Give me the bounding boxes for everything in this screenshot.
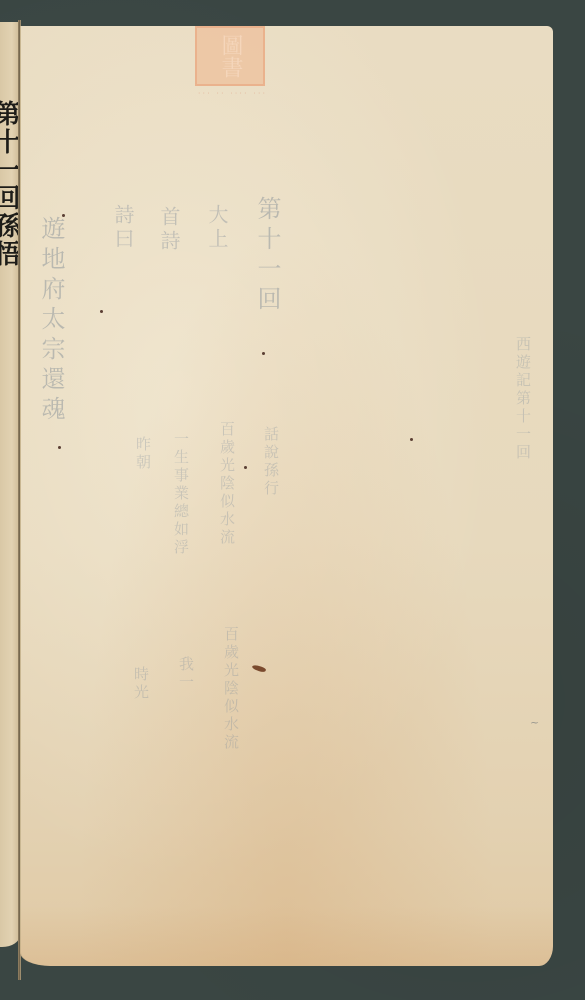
right-margin-bleed: 西遊記第十一回 bbox=[512, 336, 534, 462]
page-mark: ~ bbox=[530, 716, 539, 729]
paper-debris bbox=[252, 664, 267, 673]
ink-speck bbox=[262, 352, 265, 355]
bleed-column: 我一 bbox=[175, 656, 197, 692]
bleed-column: 遊地府太宗還魂 bbox=[40, 216, 62, 426]
ink-speck bbox=[62, 214, 65, 217]
previous-page-chapter-heading: 第十一回孫悟 bbox=[0, 100, 20, 268]
library-seal: 圖書 bbox=[195, 26, 265, 86]
bleed-column: 昨朝 bbox=[132, 436, 154, 472]
previous-page-edge: 第十一回孫悟 bbox=[0, 22, 20, 947]
bleed-column: 時光 bbox=[130, 666, 152, 702]
ink-speck bbox=[100, 310, 103, 313]
ink-speck bbox=[58, 446, 61, 449]
seal-caption: ··· ·· ···· ··· bbox=[192, 90, 272, 97]
bleed-column: 詩曰 bbox=[112, 204, 134, 252]
book-page: 圖書 ··· ·· ···· ··· 第十一回 大上 首詩 詩曰 遊地府太宗還魂… bbox=[20, 26, 553, 966]
bleed-column: 一生事業總如浮 bbox=[170, 431, 192, 557]
bleed-column: 百歲光陰似水流 bbox=[220, 626, 242, 826]
bleed-column: 百歲光陰似水流 bbox=[216, 421, 238, 547]
ink-speck bbox=[244, 466, 247, 469]
bleed-column: 話說孫行 bbox=[260, 426, 282, 498]
bleed-column: 首詩 bbox=[158, 206, 180, 254]
bleed-column: 第十一回 bbox=[256, 196, 278, 316]
bleed-column: 大上 bbox=[206, 204, 228, 252]
seal-glyph: 圖書 bbox=[218, 34, 242, 78]
ink-speck bbox=[410, 438, 413, 441]
